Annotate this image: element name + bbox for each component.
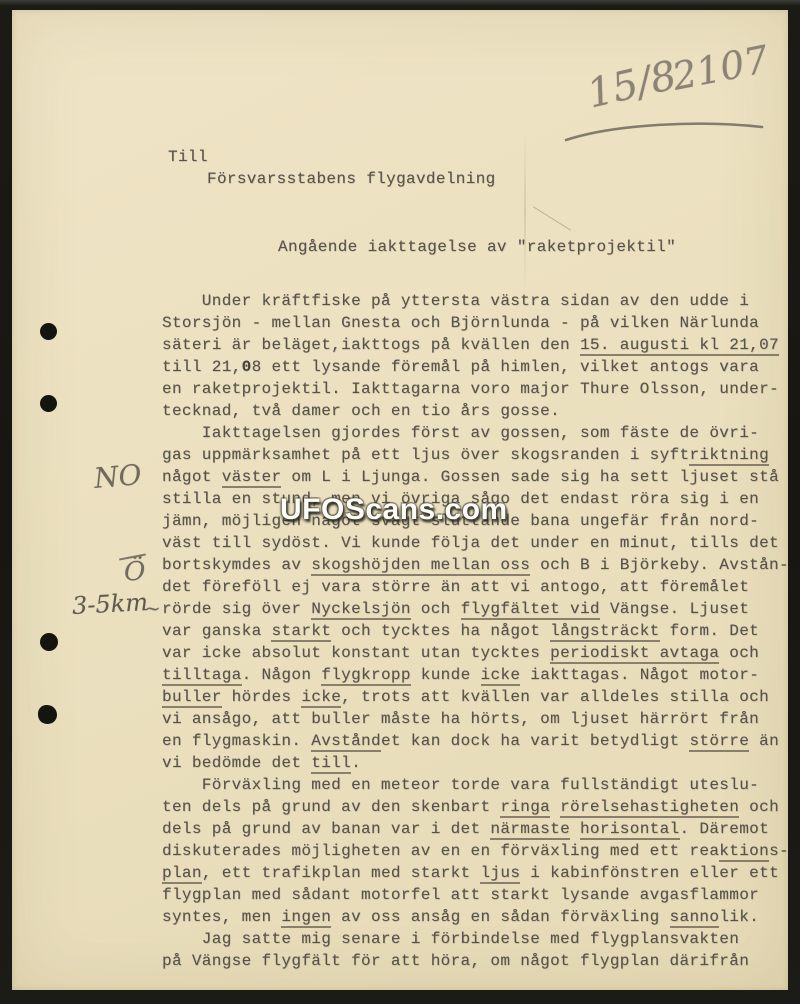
text-line: en flygmaskin. Avståndet kan dock ha var… bbox=[162, 730, 800, 752]
text-line: syntes, men ingen av oss ansåg en sådan … bbox=[162, 906, 800, 928]
text-line: säteri är beläget,iakttogs på kvällen de… bbox=[162, 334, 800, 356]
text-line: tecknad, två damer och en tio års gosse. bbox=[162, 400, 800, 422]
punch-hole bbox=[40, 395, 57, 412]
paragraph: Iakttagelsen gjordes först av gossen, so… bbox=[162, 422, 800, 774]
letter-body: Under kräftfiske på yttersta västra sida… bbox=[162, 290, 800, 972]
text-line: Storsjön - mellan Gnesta och Björnlunda … bbox=[162, 312, 800, 334]
text-line: Under kräftfiske på yttersta västra sida… bbox=[162, 290, 800, 312]
pencil-underline-swoosh bbox=[560, 112, 770, 146]
text-line: på Vängse flygfält för att höra, om någo… bbox=[162, 950, 800, 972]
watermark: UFOScans.com bbox=[280, 493, 508, 527]
paper-scratch bbox=[533, 206, 571, 230]
handwritten-time: 2107 bbox=[669, 37, 772, 99]
punch-hole bbox=[40, 323, 57, 340]
text-line: plan, ett trafikplan med starkt ljus i k… bbox=[162, 862, 800, 884]
text-line: var ganska starkt och tycktes ha något l… bbox=[162, 620, 800, 642]
margin-note-direction: NO bbox=[93, 458, 143, 495]
text-line: det föreföll ej vara större än att vi an… bbox=[162, 576, 800, 598]
text-line: rörde sig över Nyckelsjön och flygfältet… bbox=[162, 598, 800, 620]
text-line: vi ansågo, att buller måste ha hörts, om… bbox=[162, 708, 800, 730]
paragraph: Under kräftfiske på yttersta västra sida… bbox=[162, 290, 800, 422]
document-page: 15/8 2107 NO Ö 3-5km ~ Till Försvarsstab… bbox=[12, 10, 788, 990]
text-line: bortskymdes av skogshöjden mellan oss oc… bbox=[162, 554, 800, 576]
text-line: tilltaga. Någon flygkropp kunde icke iak… bbox=[162, 664, 800, 686]
paragraph: Förväxling med en meteor torde vara full… bbox=[162, 774, 800, 928]
paper-crease bbox=[524, 130, 526, 290]
punch-hole bbox=[40, 633, 58, 651]
text-line: dels på grund av banan var i det närmast… bbox=[162, 818, 800, 840]
text-line: flygplan med sådant motorfel att starkt … bbox=[162, 884, 800, 906]
margin-note-distance: 3-5km bbox=[71, 588, 148, 620]
text-line: Jag satte mig senare i förbindelse med f… bbox=[162, 928, 800, 950]
text-line: vi bedömde det till. bbox=[162, 752, 800, 774]
recipient-line: Till bbox=[168, 146, 208, 168]
text-line: gas uppmärksamhet på ett ljus över skogs… bbox=[162, 444, 800, 466]
margin-note-east: Ö bbox=[124, 557, 145, 587]
text-line: Förväxling med en meteor torde vara full… bbox=[162, 774, 800, 796]
subject-line: Angående iakttagelse av "raketprojektil" bbox=[278, 236, 676, 258]
text-line: något väster om L i Ljunga. Gossen sade … bbox=[162, 466, 800, 488]
text-line: väst till sydöst. Vi kunde följa det und… bbox=[162, 532, 800, 554]
text-line: till 21,08 ett lysande föremål på himlen… bbox=[162, 356, 800, 378]
text-line: var icke absolut konstant utan tycktes p… bbox=[162, 642, 800, 664]
text-line: Iakttagelsen gjordes först av gossen, so… bbox=[162, 422, 800, 444]
recipient-organization: Försvarsstabens flygavdelning bbox=[207, 168, 496, 190]
text-line: ten dels på grund av den skenbart ringa … bbox=[162, 796, 800, 818]
paragraph: Jag satte mig senare i förbindelse med f… bbox=[162, 928, 800, 972]
handwritten-date: 15/8 bbox=[583, 52, 681, 117]
text-line: buller hördes icke, trots att kvällen va… bbox=[162, 686, 800, 708]
text-line: en raketprojektil. Iakttagarna voro majo… bbox=[162, 378, 800, 400]
text-line: diskuterades möjligheten av en en förväx… bbox=[162, 840, 800, 862]
punch-hole bbox=[38, 705, 57, 724]
margin-tick: ~ bbox=[144, 596, 161, 620]
